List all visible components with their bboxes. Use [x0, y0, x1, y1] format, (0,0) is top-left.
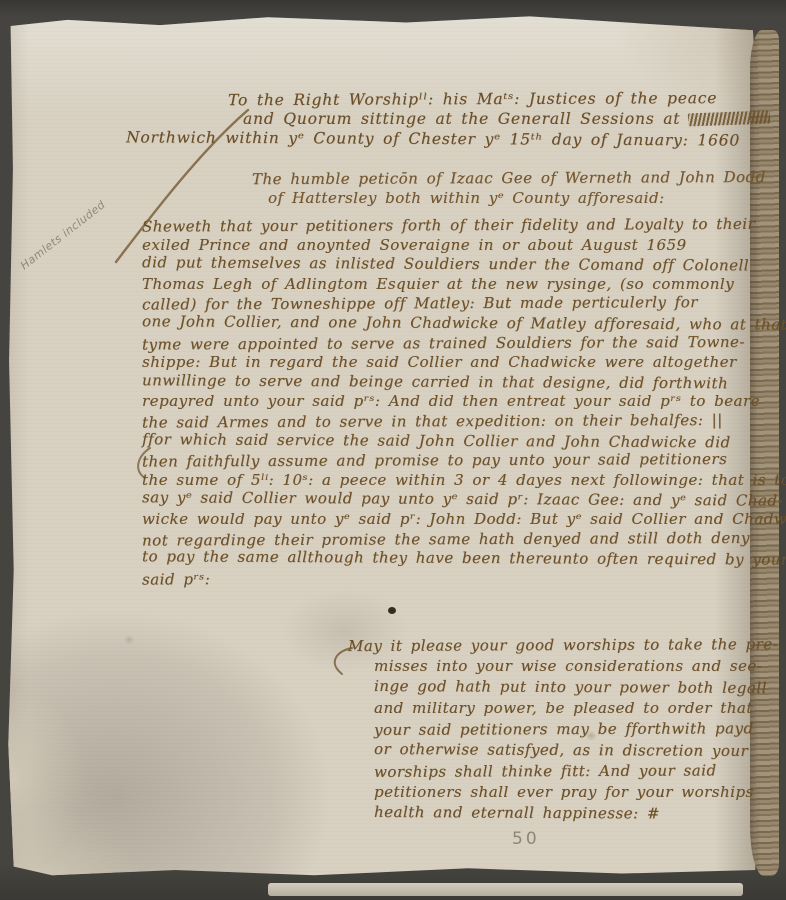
heading-line: Northwich within yᵉ County of Chester yᵉ…: [126, 128, 770, 151]
body-line: then faithfully assume and promise to pa…: [142, 450, 786, 473]
prayer-line: and military power, be pleased to order …: [374, 699, 778, 720]
pencil-page-number: 50: [512, 829, 540, 849]
body-line: tyme were appointed to serve as trained …: [142, 332, 786, 355]
prayer-line: misses into your wise considerations and…: [374, 657, 778, 678]
prayer-line: or otherwise satisfyed, as in discretion…: [374, 740, 778, 763]
prayer-line: inge god hath put into your power both l…: [374, 677, 778, 700]
prayer-line: worships shall thinke fitt: And your sai…: [374, 761, 778, 784]
heading-line: and Quorum sittinge at the Generall Sess…: [243, 110, 770, 130]
body-line: Thomas Legh of Adlingtom Esquier at the …: [142, 275, 786, 295]
prayer-line: petitioners shall ever pray for your wor…: [374, 783, 778, 804]
body-line: repayred unto your said pʳˢ: And did the…: [142, 392, 786, 412]
body-line: shippe: But in regard the said Collier a…: [142, 353, 786, 373]
petition-heading: To the Right Worshipˡˡ: his Maᵗˢ: Justic…: [0, 90, 770, 150]
prayer-line: May it please your good worships to take…: [348, 635, 778, 658]
body-line: to pay the same allthough they have been…: [142, 547, 786, 570]
ink-blot: [388, 607, 396, 614]
body-line: said pʳˢ:: [142, 567, 786, 590]
next-page-bottom-edge: [268, 883, 743, 896]
prayer-line: your said petitioners may be fforthwith …: [374, 719, 778, 742]
body-line: unwillinge to serve and beinge carried i…: [142, 371, 786, 394]
body-line: say yᵉ said Collier would pay unto yᵉ sa…: [142, 489, 786, 512]
petition-prayer: May it please your good worships to take…: [348, 636, 778, 825]
struck-out-word: [688, 111, 770, 127]
salutation-line: of Hattersley both within yᵉ County affo…: [268, 189, 766, 209]
heading-line: To the Right Worshipˡˡ: his Maᵗˢ: Justic…: [228, 89, 770, 111]
salutation-line: The humble peticōn of Izaac Gee of Werne…: [252, 168, 766, 190]
prayer-line: health and eternall happinesse: #: [374, 803, 778, 826]
body-line: Sheweth that your petitioners forth of t…: [142, 215, 786, 238]
body-line: one John Collier, and one John Chadwicke…: [142, 312, 786, 335]
petition-body: Sheweth that your petitioners forth of t…: [142, 216, 786, 588]
body-line: the said Armes and to serve in that expe…: [142, 410, 786, 433]
body-line: exiled Prince and anoynted Soveraigne in…: [142, 236, 786, 256]
heading-line-text: and Quorum sittinge at the Generall Sess…: [243, 110, 680, 128]
body-line: did put themselves as inlisted Souldiers…: [142, 253, 786, 276]
body-line: the sume of 5ˡⁱ: 10ˢ: a peece within 3 o…: [142, 471, 786, 491]
body-line: wicke would pay unto yᵉ said pʳ: John Do…: [142, 510, 786, 530]
